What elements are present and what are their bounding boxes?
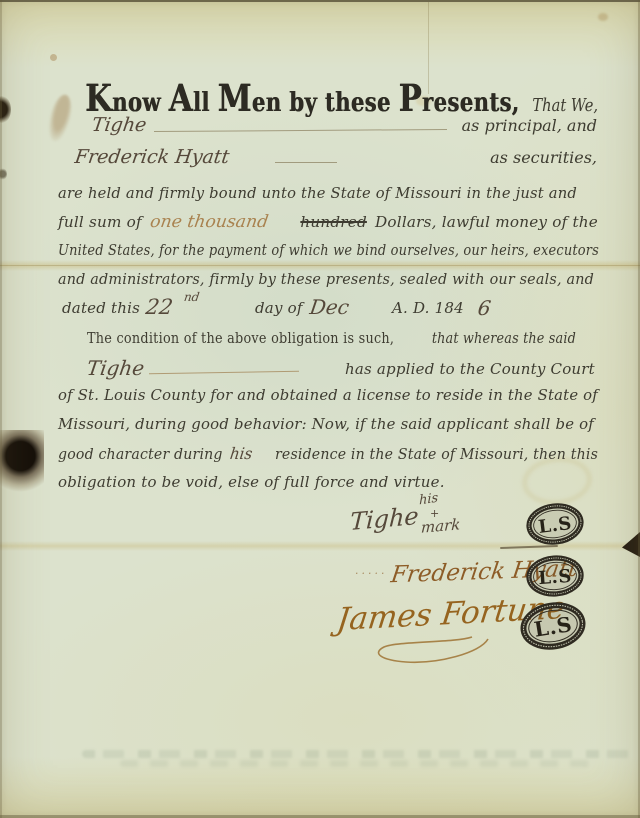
- dollars-text: Dollars, lawful money of the: [375, 213, 598, 231]
- ls-seal-1: L.S: [524, 500, 587, 549]
- principal-label: as principal, and: [462, 116, 597, 135]
- condition-lead-roman: The condition of the above obligation is…: [87, 329, 394, 347]
- applicant-blank-rule: [149, 371, 299, 375]
- obligation-line-2: full sum ofone thousandhundredDollars, l…: [58, 212, 598, 232]
- condition-line-6: obligation to be void, else of full forc…: [58, 473, 445, 491]
- sum-of-text: full sum of: [58, 213, 142, 231]
- has-applied-text: has applied to the County Court: [345, 360, 595, 378]
- scanned-bond-document: Know All Men by these Presents,That We, …: [0, 0, 640, 818]
- ls-seal-2: L.S: [525, 553, 586, 599]
- mark-annotation: mark: [421, 515, 461, 537]
- ink-dots: ·····: [355, 567, 387, 580]
- signature-flourish: [368, 633, 496, 667]
- surety-blank-rule: [275, 162, 337, 163]
- pronoun-handwritten: his: [229, 444, 254, 463]
- obligation-line-4: and administrators, firmly by these pres…: [58, 270, 594, 288]
- signature-tighe: Tighe: [349, 502, 419, 536]
- amount-struck-out: hundred: [300, 213, 367, 231]
- scan-edge-left: [0, 0, 2, 818]
- year-digit-handwritten: 6: [476, 296, 492, 320]
- condition-applicant-line: Tighe has applied to the County Court: [87, 356, 598, 384]
- his-annotation: his: [419, 491, 438, 509]
- good-character-text: good character during: [58, 445, 223, 463]
- header-title: Know All Men by these Presents,That We,: [85, 76, 598, 116]
- principal-name-handwritten: Tighe: [90, 114, 147, 136]
- ink-bleedthrough-line2: [120, 760, 600, 767]
- foxing-spot: [50, 54, 57, 61]
- obligation-line-1: are held and firmly bound unto the State…: [58, 184, 577, 202]
- condition-lead-italic: that whereas the said: [432, 329, 576, 347]
- surety-line: Frederick Hyatt as securities,: [75, 146, 597, 168]
- scan-edge-top: [0, 0, 640, 2]
- surety-label: as securities,: [490, 148, 597, 167]
- dated-line: dated this 22 nd day of Dec A. D. 184 6: [58, 299, 598, 325]
- condition-line-4: Missouri, during good behavior: Now, if …: [58, 415, 594, 433]
- dated-this-text: dated this: [62, 299, 140, 317]
- condition-line-3: of St. Louis County for and obtained a l…: [58, 386, 598, 404]
- principal-blank-rule: [154, 129, 447, 132]
- brown-smudge: [44, 92, 75, 143]
- seal-ls-text: L.S: [538, 566, 573, 589]
- condition-line-5: good character duringhisresidence in the…: [58, 444, 598, 463]
- fold-crease-upper-line: [0, 265, 640, 266]
- condition-lead-line: The condition of the above obligation is…: [87, 328, 576, 347]
- foxing-spot: [598, 13, 608, 21]
- anno-domini-text: A. D. 184: [392, 299, 464, 317]
- residence-text: residence in the State of Missouri, then…: [275, 445, 598, 463]
- obligation-line-3: United States, for the payment of which …: [58, 241, 599, 259]
- header-that-we: That We,: [532, 95, 598, 116]
- month-handwritten: Dec: [308, 295, 350, 319]
- day-ordinal-handwritten: nd: [183, 290, 200, 304]
- principal-line: Tighe as principal, and: [92, 114, 597, 136]
- day-handwritten: 22: [144, 295, 174, 319]
- ls-seal-3: L.S: [517, 597, 590, 655]
- amount-handwritten: one thousand: [149, 212, 270, 232]
- surety-name-handwritten: Frederick Hyatt: [73, 146, 230, 168]
- applicant-name-handwritten: Tighe: [85, 356, 146, 380]
- paper-discoloration-top: [0, 0, 640, 68]
- ink-bleedthrough-line1: [82, 750, 630, 758]
- ink-blot-left: [0, 430, 44, 492]
- day-of-text: day of: [255, 299, 303, 317]
- seal-ls-text: L.S: [537, 513, 573, 538]
